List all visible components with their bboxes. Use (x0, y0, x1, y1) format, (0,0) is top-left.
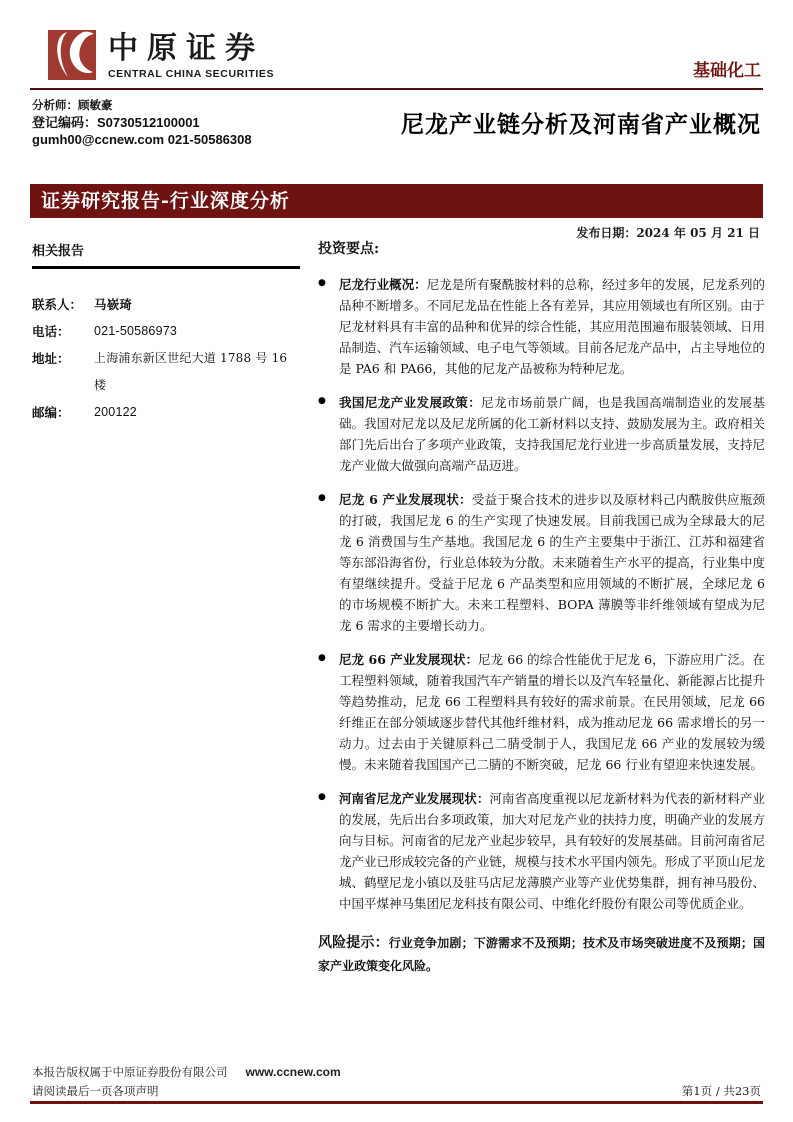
bullet-lead: 尼龙行业概况： (339, 277, 427, 292)
bullet-lead: 尼龙 66 产业发展现状： (339, 652, 478, 667)
bullet-item-henan-status: ● 河南省尼龙产业发展现状：河南省高度重视以尼龙新材料为代表的新材料产业的发展，… (318, 788, 765, 914)
bullet-item-pa66-status: ● 尼龙 66 产业发展现状：尼龙 66 的综合性能优于尼龙 6，下游应用广泛。… (318, 649, 765, 775)
bullet-paragraph: 尼龙 66 产业发展现状：尼龙 66 的综合性能优于尼龙 6，下游应用广泛。在工… (339, 649, 765, 775)
header-divider (30, 88, 763, 90)
brand-name-english: CENTRAL CHINA SECURITIES (108, 68, 274, 80)
company-logo: 中原证券 CENTRAL CHINA SECURITIES (48, 30, 274, 80)
footer-disclaimer: 请阅读最后一页各项声明 (32, 1083, 159, 1099)
bullet-marker-icon: ● (318, 274, 339, 379)
bullet-text: 河南省高度重视以尼龙新材料为代表的新材料产业的发展，先后出台多项政策，加大对尼龙… (339, 791, 765, 911)
investment-points-heading: 投资要点: (318, 238, 765, 258)
bullet-item-national-policy: ● 我国尼龙产业发展政策：尼龙市场前景广阔，也是我国高端制造业的发展基础。我国对… (318, 392, 765, 476)
contact-value: 200122 (94, 399, 137, 426)
contact-row-zipcode: 邮编： 200122 (32, 399, 300, 426)
risk-warning-lead: 风险提示： (318, 935, 389, 951)
report-cover-page: 中原证券 CENTRAL CHINA SECURITIES 基础化工 分析师：顾… (0, 0, 793, 1122)
bullet-text: 尼龙 66 的综合性能优于尼龙 6，下游应用广泛。在工程塑料领域，随着我国汽车产… (339, 652, 765, 772)
bullet-marker-icon: ● (318, 392, 339, 476)
bullet-lead: 尼龙 6 产业发展现状： (339, 492, 472, 507)
contact-value: 上海浦东新区世纪大道 1788 号 16 楼 (94, 345, 300, 399)
bullet-paragraph: 尼龙 6 产业发展现状：受益于聚合技术的进步以及原材料己内酰胺供应瓶颈的打破，我… (339, 489, 765, 636)
footer-page-number: 第1页 / 共23页 (682, 1083, 761, 1099)
bullet-lead: 河南省尼龙产业发展现状： (339, 791, 489, 806)
brand-name-chinese: 中原证券 (108, 32, 274, 66)
bullet-text: 受益于聚合技术的进步以及原材料己内酰胺供应瓶颈的打破，我国尼龙 6 的生产实现了… (339, 492, 765, 633)
contact-row-phone: 电话： 021-50586973 (32, 318, 300, 345)
bullet-lead: 我国尼龙产业发展政策： (339, 395, 481, 410)
bullet-marker-icon: ● (318, 649, 339, 775)
analyst-contact: gumh00@ccnew.com 021-50586308 (32, 131, 252, 148)
footer-copyright: 本报告版权属于中原证券股份有限公司 (32, 1065, 228, 1079)
bullet-item-industry-overview: ● 尼龙行业概况：尼龙是所有聚酰胺材料的总称，经过多年的发展，尼龙系列的品种不断… (318, 274, 765, 379)
analyst-registration-code: 登记编码：S0730512100001 (32, 114, 252, 131)
footer-website: www.ccnew.com (246, 1065, 341, 1079)
bullet-paragraph: 尼龙行业概况：尼龙是所有聚酰胺材料的总称，经过多年的发展，尼龙系列的品种不断增多… (339, 274, 765, 379)
contact-row-address: 地址： 上海浦东新区世纪大道 1788 号 16 楼 (32, 345, 300, 399)
contact-label: 联系人： (32, 291, 94, 318)
contact-row-person: 联系人： 马嵚琦 (32, 291, 300, 318)
bullet-paragraph: 河南省尼龙产业发展现状：河南省高度重视以尼龙新材料为代表的新材料产业的发展，先后… (339, 788, 765, 914)
industry-tag: 基础化工 (693, 56, 761, 81)
contact-value: 马嵚琦 (94, 291, 132, 318)
investment-points-section: 投资要点: ● 尼龙行业概况：尼龙是所有聚酰胺材料的总称，经过多年的发展，尼龙系… (318, 238, 765, 978)
related-reports-heading: 相关报告 (32, 240, 300, 269)
brand-logo-icon (48, 30, 96, 80)
footer-copyright-line: 本报告版权属于中原证券股份有限公司www.ccnew.com (32, 1064, 341, 1080)
analyst-name: 分析师：顾敏豪 (32, 97, 252, 114)
sidebar: 相关报告 联系人： 马嵚琦 电话： 021-50586973 地址： 上海浦东新… (32, 240, 300, 426)
contact-block: 联系人： 马嵚琦 电话： 021-50586973 地址： 上海浦东新区世纪大道… (32, 291, 300, 426)
brand-text: 中原证券 CENTRAL CHINA SECURITIES (108, 30, 274, 80)
analyst-info: 分析师：顾敏豪 登记编码：S0730512100001 gumh00@ccnew… (32, 97, 252, 148)
contact-label: 地址： (32, 345, 94, 399)
contact-label: 邮编： (32, 399, 94, 426)
report-type-banner: 证券研究报告-行业深度分析 (30, 184, 763, 218)
footer-divider (30, 1101, 763, 1104)
bullet-marker-icon: ● (318, 489, 339, 636)
contact-value: 021-50586973 (94, 318, 177, 345)
risk-warning: 风险提示：行业竞争加剧；下游需求不及预期；技术及市场突破进度不及预期；国家产业政… (318, 932, 765, 978)
report-title: 尼龙产业链分析及河南省产业概况 (401, 106, 761, 139)
bullet-paragraph: 我国尼龙产业发展政策：尼龙市场前景广阔，也是我国高端制造业的发展基础。我国对尼龙… (339, 392, 765, 476)
contact-label: 电话： (32, 318, 94, 345)
bullet-marker-icon: ● (318, 788, 339, 914)
bullet-item-pa6-status: ● 尼龙 6 产业发展现状：受益于聚合技术的进步以及原材料己内酰胺供应瓶颈的打破… (318, 489, 765, 636)
